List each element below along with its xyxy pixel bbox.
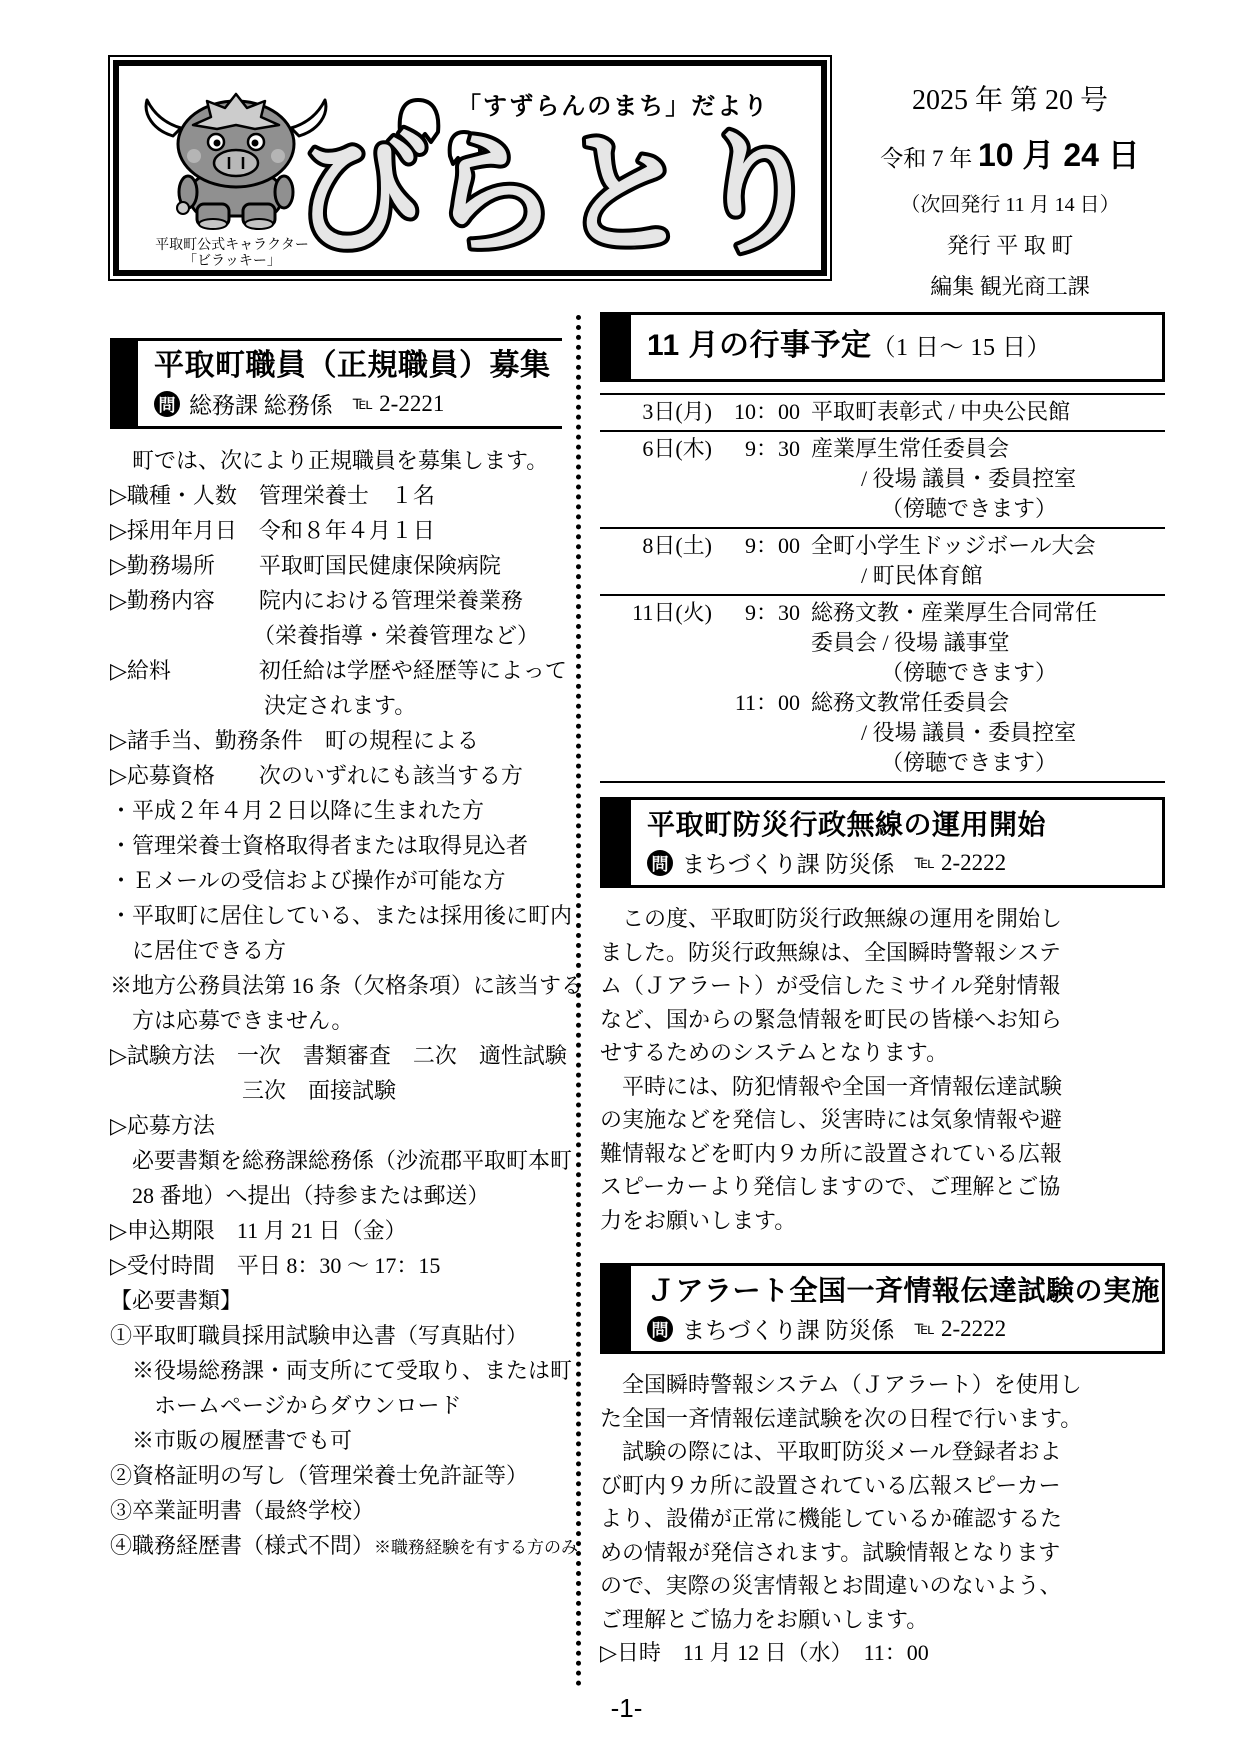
text-line: ※地方公務員法第 16 条（欠格条項）に該当する bbox=[110, 968, 562, 1003]
schedule-time: 10：00 bbox=[712, 397, 800, 427]
text-line: 試験の際には、平取町防災メール登録者およ bbox=[600, 1435, 1165, 1469]
text-line: た全国一斉情報伝達試験を次の日程で行います。 bbox=[600, 1402, 1165, 1436]
schedule-entries: 10：00平取町表彰式 / 中央公民館 bbox=[712, 397, 1165, 427]
text-line: 力をお願いします。 bbox=[600, 1204, 1165, 1238]
header-black-bar bbox=[603, 315, 631, 379]
text-line: ム（Ｊアラート）が受信したミサイル発射情報 bbox=[600, 969, 1165, 1003]
schedule-entry: 11：00総務文教常任委員会/ 役場 議員・委員控室（傍聴できます） bbox=[712, 688, 1165, 778]
schedule-desc: 総務文教常任委員会/ 役場 議員・委員控室（傍聴できます） bbox=[800, 688, 1165, 778]
issue-date-line: 令和 7 年 10 月 24 日 bbox=[843, 130, 1177, 176]
text-line: ▷受付時間 平日 8：30 ～ 17：15 bbox=[110, 1248, 562, 1283]
text-line: ▷応募資格 次のいずれにも該当する方 bbox=[110, 758, 562, 793]
text-line: 町では、次により正規職員を募集します。 bbox=[110, 443, 562, 478]
tel-icon: ℡ bbox=[915, 1317, 935, 1340]
header-black-bar bbox=[603, 800, 631, 885]
next-issue-date: （次回発行 11 月 14 日） bbox=[843, 188, 1177, 217]
header-black-bar bbox=[110, 341, 138, 426]
recruitment-article-body: 町では、次により正規職員を募集します。▷職種・人数 管理栄養士 １名▷採用年月日… bbox=[110, 443, 562, 1565]
schedule-desc: 平取町表彰式 / 中央公民館 bbox=[800, 397, 1165, 427]
schedule-date: 8日(土) bbox=[600, 531, 712, 591]
inquiry-icon: 問 bbox=[647, 1316, 673, 1342]
section-title: Ｊアラート全国一斉情報伝達試験の実施 bbox=[647, 1273, 1156, 1309]
tel-number: 2-2222 bbox=[941, 850, 1006, 876]
schedule-row: 11日(火)9：30総務文教・産業厚生合同常任委員会 / 役場 議事堂（傍聴でき… bbox=[600, 594, 1165, 781]
schedule-desc-line: 総務文教常任委員会 bbox=[811, 688, 1165, 718]
text-line: 28 番地）へ提出（持参または郵送） bbox=[110, 1178, 562, 1213]
mascot-birakki-illustration bbox=[131, 92, 336, 234]
contact-name: まちづくり課 防災係 bbox=[682, 1312, 895, 1345]
contact-line: 問 まちづくり課 防災係 ℡ 2-2222 bbox=[647, 846, 1156, 879]
schedule-desc-line: / 役場 議員・委員控室 bbox=[811, 718, 1165, 748]
text-line: ・平取町に居住している、または採用後に町内 bbox=[110, 898, 562, 933]
schedule-desc: 全町小学生ドッジボール大会/ 町民体育館 bbox=[800, 531, 1165, 591]
schedule-desc-line: / 町民体育館 bbox=[811, 561, 1165, 591]
text-line: めの情報が発信されます。試験情報となります bbox=[600, 1536, 1165, 1570]
schedule-time: 9：00 bbox=[712, 531, 800, 591]
tel-number: 2-2222 bbox=[941, 1316, 1006, 1342]
schedule-desc-line: 平取町表彰式 / 中央公民館 bbox=[811, 397, 1165, 427]
text-line: の実施などを発信し、災害時には気象情報や避 bbox=[600, 1103, 1165, 1137]
schedule-row: 3日(月)10：00平取町表彰式 / 中央公民館 bbox=[600, 393, 1165, 430]
text-line: ▷職種・人数 管理栄養士 １名 bbox=[110, 478, 562, 513]
tel-number: 2-2221 bbox=[379, 391, 444, 417]
text-line: に居住できる方 bbox=[110, 933, 562, 968]
schedule-desc-line: 産業厚生常任委員会 bbox=[811, 434, 1165, 464]
text-line: ①平取町職員採用試験申込書（写真貼付） bbox=[110, 1318, 562, 1353]
section-title: 平取町職員（正規職員）募集 bbox=[154, 348, 556, 384]
section-header-disaster-radio: 平取町防災行政無線の運用開始 問 まちづくり課 防災係 ℡ 2-2222 bbox=[600, 797, 1165, 888]
editor-line: 編集 観光商工課 bbox=[843, 270, 1177, 301]
text-line: ▷諸手当、勤務条件 町の規程による bbox=[110, 723, 562, 758]
text-line: ※役場総務課・両支所にて受取り、または町 bbox=[110, 1353, 562, 1388]
contact-line: 問 まちづくり課 防災係 ℡ 2-2222 bbox=[647, 1312, 1156, 1345]
jalert-article-body: 全国瞬時警報システム（Ｊアラート）を使用した全国一斉情報伝達試験を次の日程で行い… bbox=[600, 1368, 1165, 1670]
schedule-desc-line: 全町小学生ドッジボール大会 bbox=[811, 531, 1165, 561]
disaster-radio-article-body: この度、平取町防災行政無線の運用を開始しました。防災行政無線は、全国瞬時警報シス… bbox=[600, 902, 1165, 1237]
schedule-row: 8日(土)9：00全町小学生ドッジボール大会/ 町民体育館 bbox=[600, 527, 1165, 594]
text-line: 【必要書類】 bbox=[110, 1283, 562, 1318]
text-line: せするためのシステムとなります。 bbox=[600, 1036, 1165, 1070]
text-line: 必要書類を総務課総務係（沙流郡平取町本町 bbox=[110, 1143, 562, 1178]
issue-number: 2025 年 第 20 号 bbox=[843, 78, 1177, 118]
header-black-bar bbox=[603, 1266, 631, 1351]
schedule-time: 11：00 bbox=[712, 688, 800, 778]
schedule-date: 3日(月) bbox=[600, 397, 712, 427]
section-title-suffix: （1 日～ 15 日） bbox=[872, 335, 1052, 361]
note-text: ※職務経験を有する方のみ bbox=[374, 1538, 578, 1557]
contact-name: まちづくり課 防災係 bbox=[682, 846, 895, 879]
text-line: 三次 面接試験 bbox=[110, 1073, 562, 1108]
text-line: ホームページからダウンロード bbox=[110, 1388, 562, 1423]
text-line: ・管理栄養士資格取得者または取得見込者 bbox=[110, 828, 562, 863]
section-title: 11 月の行事予定（1 日～ 15 日） bbox=[647, 328, 1156, 366]
section-header-jalert-test: Ｊアラート全国一斉情報伝達試験の実施 問 まちづくり課 防災係 ℡ 2-2222 bbox=[600, 1263, 1165, 1354]
schedule-time: 9：30 bbox=[712, 598, 800, 688]
text-line: び町内９カ所に設置されている広報スピーカー bbox=[600, 1469, 1165, 1503]
schedule-row: 6日(木)9：30産業厚生常任委員会/ 役場 議員・委員控室（傍聴できます） bbox=[600, 430, 1165, 527]
issue-info: 2025 年 第 20 号 令和 7 年 10 月 24 日 （次回発行 11 … bbox=[843, 78, 1177, 301]
text-line: ・平成２年４月２日以降に生まれた方 bbox=[110, 793, 562, 828]
schedule-entry: 9：00全町小学生ドッジボール大会/ 町民体育館 bbox=[712, 531, 1165, 591]
text-line: この度、平取町防災行政無線の運用を開始し bbox=[600, 902, 1165, 936]
text-line: ▷日時 11 月 12 日（水） 11：00 bbox=[600, 1636, 1165, 1670]
contact-name: 総務課 総務係 bbox=[189, 387, 333, 420]
text-line: ▷応募方法 bbox=[110, 1108, 562, 1143]
schedule-entry: 9：30産業厚生常任委員会/ 役場 議員・委員控室（傍聴できます） bbox=[712, 434, 1165, 524]
column-divider bbox=[576, 315, 581, 1687]
text-line: ▷申込期限 11 月 21 日（金） bbox=[110, 1213, 562, 1248]
text-line: 決定されます。 bbox=[110, 688, 562, 723]
text-line: ご理解とご協力をお願いします。 bbox=[600, 1603, 1165, 1637]
newsletter-logo: びらとり bbox=[304, 92, 814, 264]
logo-text: びらとり bbox=[304, 121, 814, 264]
schedule-date: 11日(火) bbox=[600, 598, 712, 778]
text-line: 平時には、防犯情報や全国一斉情報伝達試験 bbox=[600, 1070, 1165, 1104]
schedule-desc: 総務文教・産業厚生合同常任委員会 / 役場 議事堂（傍聴できます） bbox=[800, 598, 1165, 688]
schedule-desc-line: 総務文教・産業厚生合同常任 bbox=[811, 598, 1165, 628]
section-title: 平取町防災行政無線の運用開始 bbox=[647, 807, 1156, 843]
schedule-desc-line: （傍聴できます） bbox=[811, 494, 1165, 524]
text-line: など、国からの緊急情報を町民の皆様へお知ら bbox=[600, 1003, 1165, 1037]
schedule-desc-line: / 役場 議員・委員控室 bbox=[811, 464, 1165, 494]
right-column: 11 月の行事予定（1 日～ 15 日） 3日(月)10：00平取町表彰式 / … bbox=[600, 312, 1165, 1670]
text-line: ▷給料 初任給は学歴や経歴等によって bbox=[110, 653, 562, 688]
section-header-recruitment: 平取町職員（正規職員）募集 問 総務課 総務係 ℡ 2-2221 bbox=[110, 338, 562, 429]
page-number: -1- bbox=[0, 1693, 1253, 1724]
text-line: ③卒業証明書（最終学校） bbox=[110, 1493, 562, 1528]
schedule-entry: 10：00平取町表彰式 / 中央公民館 bbox=[712, 397, 1165, 427]
schedule-table: 3日(月)10：00平取町表彰式 / 中央公民館6日(木)9：30産業厚生常任委… bbox=[600, 393, 1165, 783]
schedule-date: 6日(木) bbox=[600, 434, 712, 524]
masthead-banner: 「すずらんのまち」だより びらとり bbox=[108, 55, 832, 281]
text-line: スピーカーより発信しますので、ご理解とご協 bbox=[600, 1170, 1165, 1204]
text-line: ました。防災行政無線は、全国瞬時警報システ bbox=[600, 936, 1165, 970]
text-line: ▷採用年月日 令和８年４月１日 bbox=[110, 513, 562, 548]
text-line: 方は応募できません。 bbox=[110, 1003, 562, 1038]
text-line: 難情報などを町内９カ所に設置されている広報 bbox=[600, 1137, 1165, 1171]
schedule-desc: 産業厚生常任委員会/ 役場 議員・委員控室（傍聴できます） bbox=[800, 434, 1165, 524]
schedule-desc-line: （傍聴できます） bbox=[811, 748, 1165, 778]
schedule-entry: 9：30総務文教・産業厚生合同常任委員会 / 役場 議事堂（傍聴できます） bbox=[712, 598, 1165, 688]
schedule-time: 9：30 bbox=[712, 434, 800, 524]
publisher-line: 発行 平 取 町 bbox=[843, 229, 1177, 260]
text-line: ▷勤務内容 院内における管理栄養業務 bbox=[110, 583, 562, 618]
masthead-inner-frame: 「すずらんのまち」だより びらとり bbox=[113, 60, 827, 276]
text-line: ④職務経歴書（様式不問）※職務経験を有する方のみ bbox=[110, 1528, 562, 1565]
schedule-entries: 9：30総務文教・産業厚生合同常任委員会 / 役場 議事堂（傍聴できます）11：… bbox=[712, 598, 1165, 778]
text-line: ※市販の履歴書でも可 bbox=[110, 1423, 562, 1458]
section-header-schedule: 11 月の行事予定（1 日～ 15 日） bbox=[600, 312, 1165, 382]
issue-era: 令和 7 年 bbox=[880, 146, 978, 171]
text-line: ▷試験方法 一次 書類審査 二次 適性試験 bbox=[110, 1038, 562, 1073]
schedule-desc-line: 委員会 / 役場 議事堂 bbox=[811, 628, 1165, 658]
contact-line: 問 総務課 総務係 ℡ 2-2221 bbox=[154, 387, 556, 420]
text-line: より、設備が正常に機能しているか確認するた bbox=[600, 1502, 1165, 1536]
text-line: （栄養指導・栄養管理など） bbox=[110, 618, 562, 653]
text-line: ▷勤務場所 平取町国民健康保険病院 bbox=[110, 548, 562, 583]
text-line: ②資格証明の写し（管理栄養士免許証等） bbox=[110, 1458, 562, 1493]
schedule-entries: 9：30産業厚生常任委員会/ 役場 議員・委員控室（傍聴できます） bbox=[712, 434, 1165, 524]
left-column: 平取町職員（正規職員）募集 問 総務課 総務係 ℡ 2-2221 町では、次によ… bbox=[110, 338, 562, 1565]
tel-icon: ℡ bbox=[353, 392, 373, 415]
text-line: ・Ｅメールの受信および操作が可能な方 bbox=[110, 863, 562, 898]
issue-date: 10 月 24 日 bbox=[978, 137, 1140, 173]
newsletter-page: 「すずらんのまち」だより びらとり bbox=[0, 0, 1253, 1754]
inquiry-icon: 問 bbox=[647, 850, 673, 876]
text-line: ので、実際の災害情報とお間違いのないよう、 bbox=[600, 1569, 1165, 1603]
tel-icon: ℡ bbox=[915, 851, 935, 874]
text-line: 全国瞬時警報システム（Ｊアラート）を使用し bbox=[600, 1368, 1165, 1402]
mascot-caption-line1: 平取町公式キャラクター bbox=[123, 236, 341, 252]
mascot-caption-line2: 「ビラッキー」 bbox=[123, 252, 341, 268]
schedule-desc-line: （傍聴できます） bbox=[811, 658, 1165, 688]
schedule-entries: 9：00全町小学生ドッジボール大会/ 町民体育館 bbox=[712, 531, 1165, 591]
mascot-caption: 平取町公式キャラクター 「ビラッキー」 bbox=[123, 236, 341, 268]
inquiry-icon: 問 bbox=[154, 391, 180, 417]
